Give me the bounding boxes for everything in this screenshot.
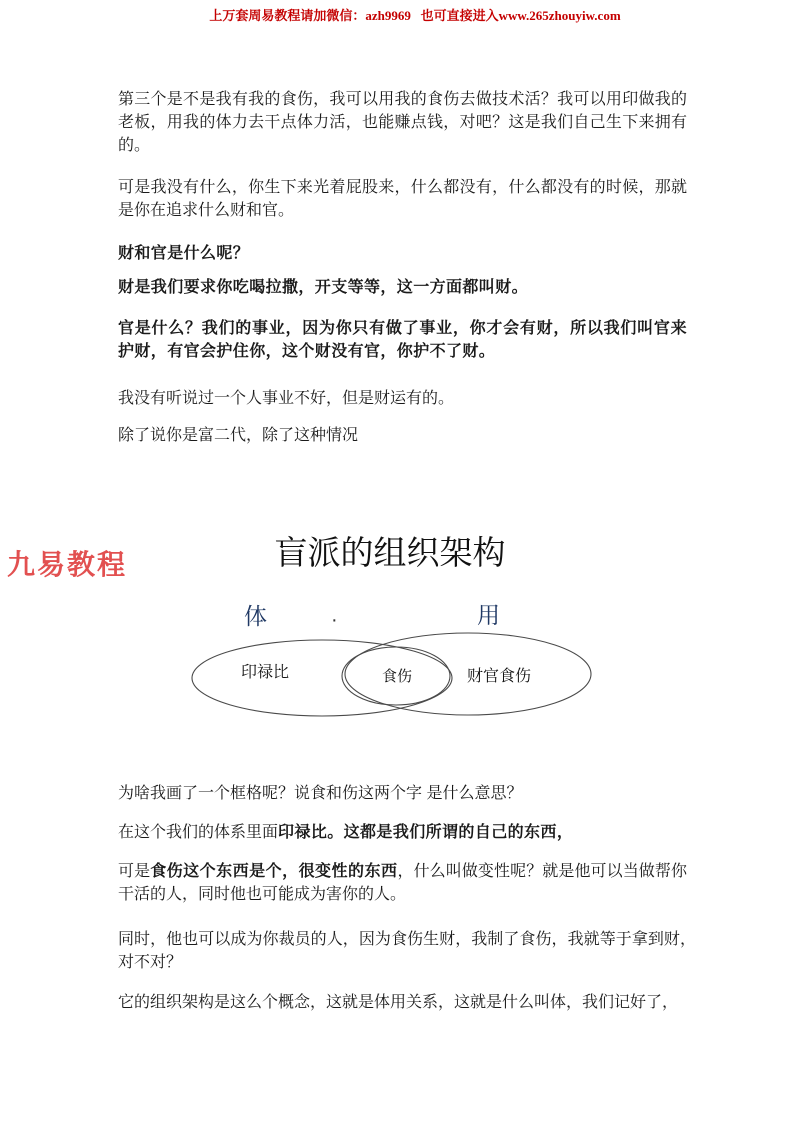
paragraph-5: 我没有听说过一个人事业不好，但是财运有的。 [118, 387, 687, 410]
paragraph-9-bold: 食伤这个东西是个，很变性的东西 [150, 863, 397, 880]
paragraph-2: 可是我没有什么，你生下来光着屁股来，什么都没有，什么都没有的时候，那就是你在追求… [118, 176, 687, 222]
paragraph-7: 为啥我画了一个框格呢？说食和伤这两个字 是什么意思？ [118, 782, 687, 805]
paragraph-6: 除了说你是富二代，除了这种情况 [118, 424, 687, 447]
venn-set-left-label: 印禄比 [241, 659, 289, 682]
paragraph-8: 在这个我们的体系里面印禄比。这都是我们所谓的自己的东西， [118, 821, 687, 844]
paragraph-8-bold: 印禄比。这都是我们所谓的自己的东西， [278, 824, 573, 841]
venn-set-right-label: 财官食伤 [467, 663, 531, 686]
diagram-title: 盲派的组织架构 [0, 527, 780, 574]
venn-set-middle-label: 食伤 [382, 665, 412, 686]
paragraph-9: 可是食伤这个东西是个，很变性的东西，什么叫做变性呢？就是他可以当做帮你干活的人，… [118, 860, 687, 906]
paragraph-10: 同时，他也可以成为你裁员的人，因为食伤生财，我制了食伤，我就等于拿到财，对不对？ [118, 928, 696, 974]
paragraph-8-normal: 在这个我们的体系里面 [118, 824, 278, 841]
paragraph-9-lead: 可是 [118, 863, 150, 880]
header-promo-text: 上万套周易教程请加微信：azh9969 也可直接进入www.265zhouyiw… [36, 5, 794, 24]
document-page: 上万套周易教程请加微信：azh9969 也可直接进入www.265zhouyiw… [0, 0, 794, 1123]
heading-wealth-officer: 财和官是什么呢？ [118, 242, 687, 265]
paragraph-11: 它的组织架构是这么个概念，这就是体用关系，这就是什么叫体，我们记好了， [118, 991, 687, 1014]
paragraph-4: 官是什么？我们的事业，因为你只有做了事业，你才会有财，所以我们叫官来护财，有官会… [118, 317, 687, 363]
paragraph-3: 财是我们要求你吃喝拉撒，开支等等，这一方面都叫财。 [118, 276, 687, 299]
venn-left-ellipse [192, 640, 452, 716]
paragraph-1: 第三个是不是我有我的食伤，我可以用我的食伤去做技术活？我可以用印做我的老板，用我… [118, 88, 687, 157]
